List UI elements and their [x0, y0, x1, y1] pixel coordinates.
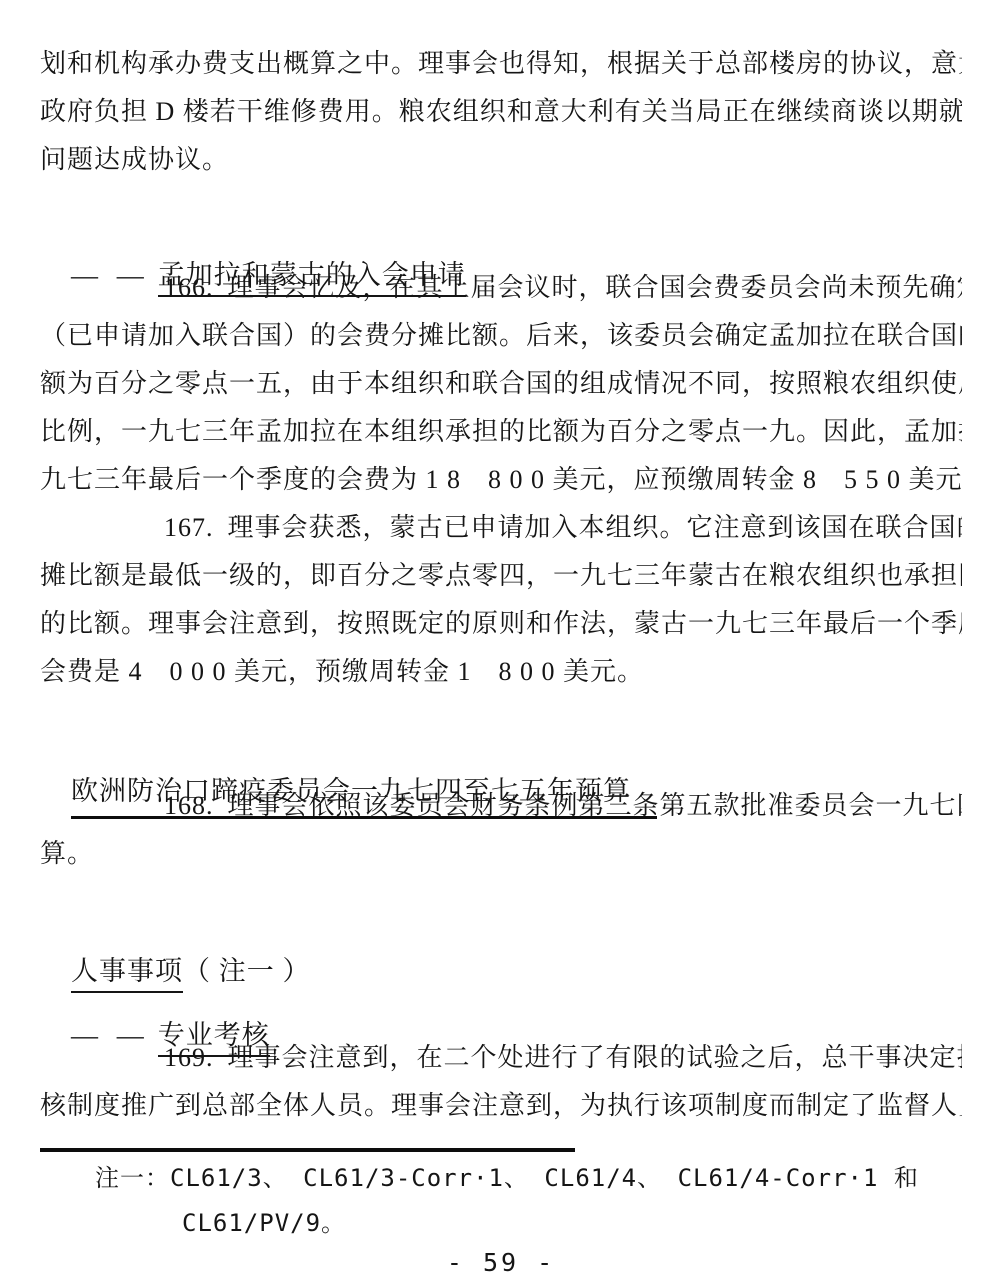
paragraph-166: 166.理事会忆及，在其上届会议时，联合国会费委员会尚未预先确定孟加拉 （已申请…: [40, 264, 962, 504]
footnote-references: CL61/3、 CL61/3-Corr·1、 CL61/4、 CL61/4-Co…: [170, 1164, 919, 1192]
paragraph-text: 理事会获悉，蒙古已申请加入本组织。它注意到该国在联合国的会费分: [228, 513, 963, 542]
text-line: 额为百分之零点一五，由于本组织和联合国的组成情况不同，按照粮农组织使用的: [40, 360, 962, 408]
paragraph-168: 168.理事会依照该委员会财务条例第三条第五款批准委员会一九七四年的预 算。: [40, 782, 962, 878]
text-line: 摊比额是最低一级的，即百分之零点零四，一九七三年蒙古在粮农组织也承担同样: [40, 552, 962, 600]
paragraph-167: 167.理事会获悉，蒙古已申请加入本组织。它注意到该国在联合国的会费分 摊比额是…: [40, 504, 962, 696]
text-line: 168.理事会依照该委员会财务条例第三条第五款批准委员会一九七四年的预: [40, 782, 962, 830]
text-line: （已申请加入联合国）的会费分摊比额。后来，该委员会确定孟加拉在联合国的比: [40, 312, 962, 360]
footnote-line: CL61/PV/9。: [40, 1201, 962, 1246]
heading-personnel-underlined: 人事事项: [71, 954, 183, 993]
heading-personnel-matters: 人事事项（ 注一 ）: [40, 896, 962, 948]
page-number: - 59 -: [40, 1248, 962, 1277]
text-line: 166.理事会忆及，在其上届会议时，联合国会费委员会尚未预先确定孟加拉: [40, 264, 962, 312]
document-page: 划和机构承办费支出概算之中。理事会也得知，根据关于总部楼房的协议，意大利 政府负…: [0, 0, 1000, 1280]
paragraph-text: 理事会依照该委员会财务条例第三条第五款批准委员会一九七四年的预: [228, 791, 963, 820]
text-line: 核制度推广到总部全体人员。理事会注意到，为执行该项制度而制定了监督人员: [40, 1082, 962, 1130]
text-line: 政府负担 D 楼若干维修费用。粮农组织和意大利有关当局正在继续商谈以期就维修: [40, 88, 962, 136]
footnote-line: 注一：CL61/3、 CL61/3-Corr·1、 CL61/4、 CL61/4…: [40, 1156, 962, 1201]
paragraph-number: 167.: [102, 504, 214, 552]
heading-foot-and-mouth-budget: 欧洲防治口蹄疫委员会一九七四至七五年预算: [40, 716, 962, 768]
footnote-label: 注一：: [95, 1164, 170, 1192]
footnote-divider: [40, 1148, 575, 1152]
heading-membership-applications: — —孟加拉和蒙古的入会申请: [40, 200, 962, 252]
paragraph-text: 理事会注意到，在二个处进行了有限的试验之后，总干事决定把专业考: [228, 1043, 963, 1072]
paragraph-number: 168.: [102, 782, 214, 830]
text-line: 167.理事会获悉，蒙古已申请加入本组织。它注意到该国在联合国的会费分: [40, 504, 962, 552]
text-line: 九七三年最后一个季度的会费为 1 8 8 0 0 美元，应预缴周转金 8 5 5…: [40, 456, 962, 504]
paragraph-number: 169.: [102, 1034, 214, 1082]
text-line: 问题达成协议。: [40, 136, 962, 184]
text-line: 169.理事会注意到，在二个处进行了有限的试验之后，总干事决定把专业考: [40, 1034, 962, 1082]
paragraph-169: 169.理事会注意到，在二个处进行了有限的试验之后，总干事决定把专业考 核制度推…: [40, 1034, 962, 1130]
paragraph-number: 166.: [102, 264, 214, 312]
heading-personnel-note-ref: （ 注一 ）: [183, 956, 311, 986]
paragraph-text: 理事会忆及，在其上届会议时，联合国会费委员会尚未预先确定孟加拉: [228, 273, 963, 302]
text-line: 会费是 4 0 0 0 美元，预缴周转金 1 8 0 0 美元。: [40, 648, 962, 696]
text-line: 的比额。理事会注意到，按照既定的原则和作法，蒙古一九七三年最后一个季度的: [40, 600, 962, 648]
text-line: 算。: [40, 830, 962, 878]
text-line: 划和机构承办费支出概算之中。理事会也得知，根据关于总部楼房的协议，意大利: [40, 40, 962, 88]
intro-paragraph: 划和机构承办费支出概算之中。理事会也得知，根据关于总部楼房的协议，意大利 政府负…: [40, 40, 962, 184]
text-line: 比例，一九七三年孟加拉在本组织承担的比额为百分之零点一九。因此，孟加拉一: [40, 408, 962, 456]
